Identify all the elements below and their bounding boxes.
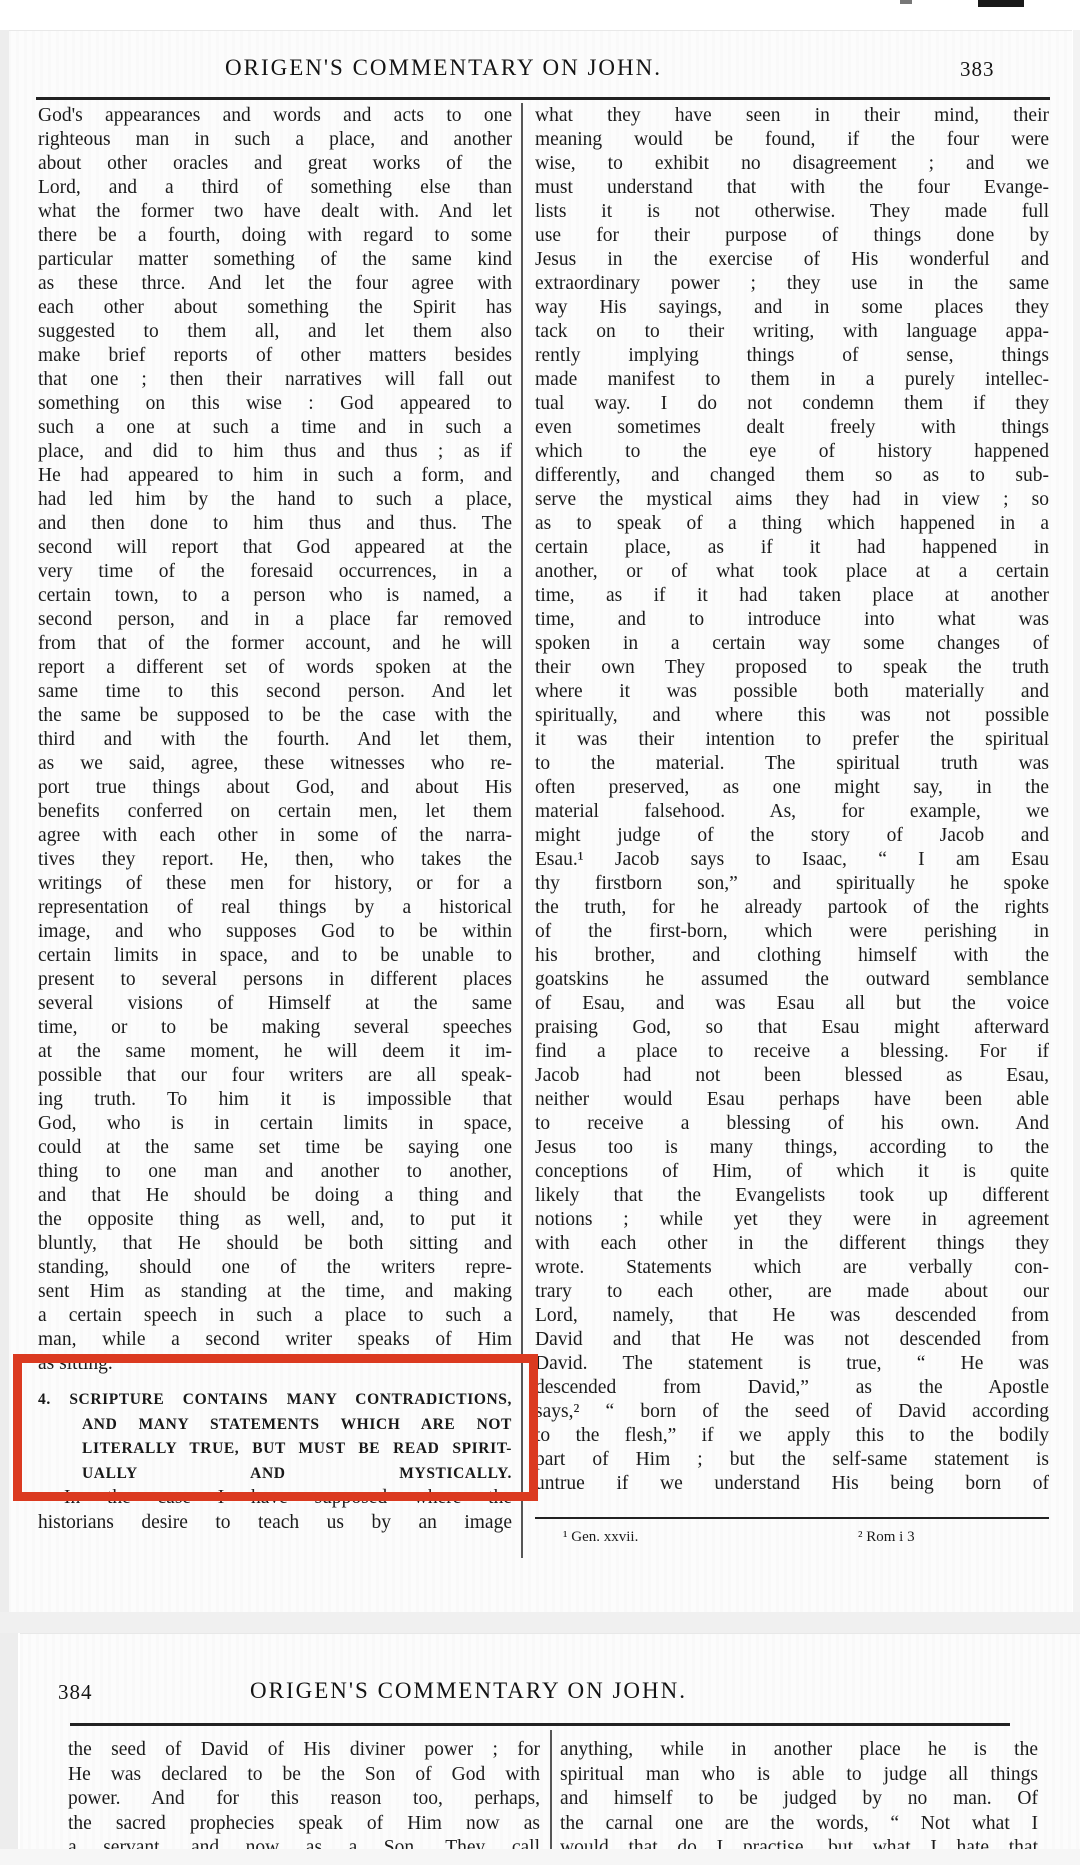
text-line: with each other in the different things … xyxy=(535,1232,1049,1256)
text-line: anything, while in another place he is t… xyxy=(560,1738,1038,1763)
running-title: ORIGEN'S COMMENTARY ON JOHN. xyxy=(225,55,662,81)
text-line: historians desire to teach us by an imag… xyxy=(38,1511,512,1536)
text-line: same time to this second person. And let xyxy=(38,680,512,704)
text-line: the seed of David of His diviner power ;… xyxy=(68,1738,540,1763)
left-column: God's appearances and words and acts to … xyxy=(38,104,512,1376)
text-line: which to the eye of history happened xyxy=(535,440,1049,464)
text-line: goatskins he assumed the outward semblan… xyxy=(535,968,1049,992)
text-line: the same be supposed to be the case with… xyxy=(38,704,512,728)
text-line: something on this wise : God appeared to xyxy=(38,392,512,416)
text-line: tives they report. He, then, who takes t… xyxy=(38,848,512,872)
text-line: suggested to them all, and let them also xyxy=(38,320,512,344)
text-line: rently implying things of sense, things xyxy=(535,344,1049,368)
text-line: and that He should be doing a thing and xyxy=(38,1184,512,1208)
text-line: as these thrce. And let the four agree w… xyxy=(38,272,512,296)
text-line: the sacred prophecies speak of Him now a… xyxy=(68,1812,540,1837)
text-line: likely that the Evangelists took up diff… xyxy=(535,1184,1049,1208)
text-line: made manifest to them in a purely intell… xyxy=(535,368,1049,392)
text-line: their own They proposed to speak the tru… xyxy=(535,656,1049,680)
text-line: lists it is not otherwise. They made ful… xyxy=(535,200,1049,224)
text-line: certain town, to a person who is named, … xyxy=(38,584,512,608)
text-line: what they have seen in their mind, their xyxy=(535,104,1049,128)
text-line: very time of the foresaid occurrences, i… xyxy=(38,560,512,584)
text-line: image, and who supposes God to be within xyxy=(38,920,512,944)
text-line: time, as if it had taken place at anothe… xyxy=(535,584,1049,608)
page-number: 383 xyxy=(960,57,995,82)
text-line: about other oracles and great works of t… xyxy=(38,152,512,176)
text-line: and himself to be judged by no man. Of xyxy=(560,1787,1038,1812)
page-gap xyxy=(0,1612,1080,1633)
header-rule xyxy=(36,97,1050,100)
footnote-2: ² Rom i 3 xyxy=(858,1529,915,1546)
scan-artifact-mark xyxy=(900,0,912,4)
text-line: descended from David,” as the Apostle xyxy=(535,1376,1049,1400)
text-line: says,² “ born of the seed of David accor… xyxy=(535,1400,1049,1424)
text-line: the opposite thing as well, and, to put … xyxy=(38,1208,512,1232)
text-line: Jesus in the exercise of His wonderful a… xyxy=(535,248,1049,272)
text-line: tual way. I do not condemn them if they xyxy=(535,392,1049,416)
text-line: way His sayings, and in some places they xyxy=(535,296,1049,320)
footnote-rule xyxy=(535,1517,1049,1519)
text-line: several visions of Himself at the same xyxy=(38,992,512,1016)
text-line: serve the mystical aims they had in view… xyxy=(535,488,1049,512)
text-line: would that do I practise, but what I hat… xyxy=(560,1836,1038,1850)
text-line: often preserved, as one might say, in th… xyxy=(535,776,1049,800)
text-line: where it was possible both materially an… xyxy=(535,680,1049,704)
text-line: third and with the fourth. And let them, xyxy=(38,728,512,752)
text-line: a servant, and now as a Son. They call xyxy=(68,1836,540,1850)
text-line: spoken in a certain way some changes of xyxy=(535,632,1049,656)
text-line: of the first-born, which were perishing … xyxy=(535,920,1049,944)
text-line: standing, should one of the writers repr… xyxy=(38,1256,512,1280)
text-line: power. And for this reason too, perhaps, xyxy=(68,1787,540,1812)
text-line: spiritually, and where this was not poss… xyxy=(535,704,1049,728)
text-line: Jesus too is many things, according to t… xyxy=(535,1136,1049,1160)
text-line: such a one at such a time and in such a xyxy=(38,416,512,440)
text-line: part of Him ; but the self-same statemen… xyxy=(535,1448,1049,1472)
text-line: ing truth. To him it is impossible that xyxy=(38,1088,512,1112)
header-rule xyxy=(70,1723,1010,1726)
text-line: David. The statement is true, “ He was xyxy=(535,1352,1049,1376)
text-line: his brother, and clothing himself with t… xyxy=(535,944,1049,968)
text-line: righteous man in such a place, and anoth… xyxy=(38,128,512,152)
text-line: to receive a blessing of his own. And xyxy=(535,1112,1049,1136)
text-line: benefits conferred on certain men, let t… xyxy=(38,800,512,824)
text-line: Lord, namely, that He was descended from xyxy=(535,1304,1049,1328)
text-line: had led him by the hand to such a place, xyxy=(38,488,512,512)
text-line: extraordinary power ; they use in the sa… xyxy=(535,272,1049,296)
text-line: possible that our four writers are all s… xyxy=(38,1064,512,1088)
text-line: God's appearances and words and acts to … xyxy=(38,104,512,128)
running-title: ORIGEN'S COMMENTARY ON JOHN. xyxy=(250,1678,687,1704)
text-line: the carnal one are the words, “ Not what… xyxy=(560,1812,1038,1837)
text-line: there be a fourth, doing with regard to … xyxy=(38,224,512,248)
text-line: Jacob had not been blessed as Esau, xyxy=(535,1064,1049,1088)
text-line: wise, to exhibit no disagreement ; and w… xyxy=(535,152,1049,176)
text-line: to the flesh,” if we apply this to the b… xyxy=(535,1424,1049,1448)
text-line: even sometimes dealt freely with things xyxy=(535,416,1049,440)
highlight-annotation-box xyxy=(13,1354,538,1501)
text-line: praising God, so that Esau might afterwa… xyxy=(535,1016,1049,1040)
text-line: make brief reports of other matters besi… xyxy=(38,344,512,368)
text-line: God, who is in certain limits in space, xyxy=(38,1112,512,1136)
text-line: neither would Esau perhaps have been abl… xyxy=(535,1088,1049,1112)
text-line: to the material. The spiritual truth was xyxy=(535,752,1049,776)
text-line: differently, and changed them so as to s… xyxy=(535,464,1049,488)
text-line: spiritual man who is able to judge all t… xyxy=(560,1763,1038,1788)
text-line: certain place, as if it had happened in xyxy=(535,536,1049,560)
text-line: each other about something the Spirit ha… xyxy=(38,296,512,320)
text-line: could at the same set time be saying one xyxy=(38,1136,512,1160)
left-margin-strip xyxy=(0,30,9,1612)
text-line: use for their purpose of things done by xyxy=(535,224,1049,248)
column-divider xyxy=(521,103,523,1558)
text-line: report a different set of words spoken a… xyxy=(38,656,512,680)
text-line: material falsehood. As, for example, we xyxy=(535,800,1049,824)
text-line: conceptions of Him, of which it is quite xyxy=(535,1160,1049,1184)
text-line: must understand that with the four Evang… xyxy=(535,176,1049,200)
text-line: tack on to their writing, with language … xyxy=(535,320,1049,344)
text-line: the truth, for he already partook of the… xyxy=(535,896,1049,920)
footnote-1: ¹ Gen. xxvii. xyxy=(563,1529,638,1546)
text-line: representation of real things by a histo… xyxy=(38,896,512,920)
text-line: port true things about God, and about Hi… xyxy=(38,776,512,800)
text-line: man, while a second writer speaks of Him xyxy=(38,1328,512,1352)
left-column: the seed of David of His diviner power ;… xyxy=(68,1738,540,1850)
text-line: time, and to introduce into what was xyxy=(535,608,1049,632)
text-line: Lord, and a third of something else than xyxy=(38,176,512,200)
text-line: that one ; then their narratives will fa… xyxy=(38,368,512,392)
text-line: of Esau, and was Esau all but the voice xyxy=(535,992,1049,1016)
right-column: what they have seen in their mind, their… xyxy=(535,104,1049,1496)
text-line: certain limits in space, and to be unabl… xyxy=(38,944,512,968)
text-line: it was their intention to prefer the spi… xyxy=(535,728,1049,752)
left-margin-strip xyxy=(0,1633,18,1849)
text-line: at the same moment, he will deem it im- xyxy=(38,1040,512,1064)
text-line: thy firstborn son,” and spiritually he s… xyxy=(535,872,1049,896)
right-column: anything, while in another place he is t… xyxy=(560,1738,1038,1850)
text-line: thing to one man and another to another, xyxy=(38,1160,512,1184)
page-number: 384 xyxy=(58,1680,93,1705)
text-line: as to speak of a thing which happened in… xyxy=(535,512,1049,536)
text-line: particular matter something of the same … xyxy=(38,248,512,272)
text-line: bluntly, that He should be both sitting … xyxy=(38,1232,512,1256)
text-line: time, or to be making several speeches xyxy=(38,1016,512,1040)
text-line: David and that He was not descended from xyxy=(535,1328,1049,1352)
text-line: notions ; while yet they were in agreeme… xyxy=(535,1208,1049,1232)
text-line: place, and did to him thus and thus ; as… xyxy=(38,440,512,464)
scan-artifact-mark xyxy=(978,0,1024,7)
right-margin-strip xyxy=(1073,30,1080,1612)
text-line: meaning would be found, if the four were xyxy=(535,128,1049,152)
column-divider xyxy=(550,1730,552,1850)
text-line: He was declared to be the Son of God wit… xyxy=(68,1763,540,1788)
text-line: agree with each other in some of the nar… xyxy=(38,824,512,848)
text-line: second person, and in a place far remove… xyxy=(38,608,512,632)
text-line: untrue if we understand His being born o… xyxy=(535,1472,1049,1496)
text-line: wrote. Statements which are verbally con… xyxy=(535,1256,1049,1280)
text-line: second will report that God appeared at … xyxy=(38,536,512,560)
text-line: writings of these men for history, or fo… xyxy=(38,872,512,896)
text-line: what the former two have dealt with. And… xyxy=(38,200,512,224)
text-line: find a place to receive a blessing. For … xyxy=(535,1040,1049,1064)
text-line: from that of the former account, and he … xyxy=(38,632,512,656)
text-line: He had appeared to him in such a form, a… xyxy=(38,464,512,488)
bottom-cut-strip xyxy=(0,1849,1080,1865)
text-line: trary to each other, are made about our xyxy=(535,1280,1049,1304)
text-line: might judge of the story of Jacob and xyxy=(535,824,1049,848)
text-line: sent Him as standing at the time, and ma… xyxy=(38,1280,512,1304)
text-line: as we said, agree, these witnesses who r… xyxy=(38,752,512,776)
text-line: Esau.¹ Jacob says to Isaac, “ I am Esau xyxy=(535,848,1049,872)
text-line: present to several persons in different … xyxy=(38,968,512,992)
text-line: a certain speech in such a place to such… xyxy=(38,1304,512,1328)
text-line: and then done to him thus and thus. The xyxy=(38,512,512,536)
page-384: 384 ORIGEN'S COMMENTARY ON JOHN. the see… xyxy=(20,1633,1080,1850)
text-line: another, or of what took place at a cert… xyxy=(535,560,1049,584)
